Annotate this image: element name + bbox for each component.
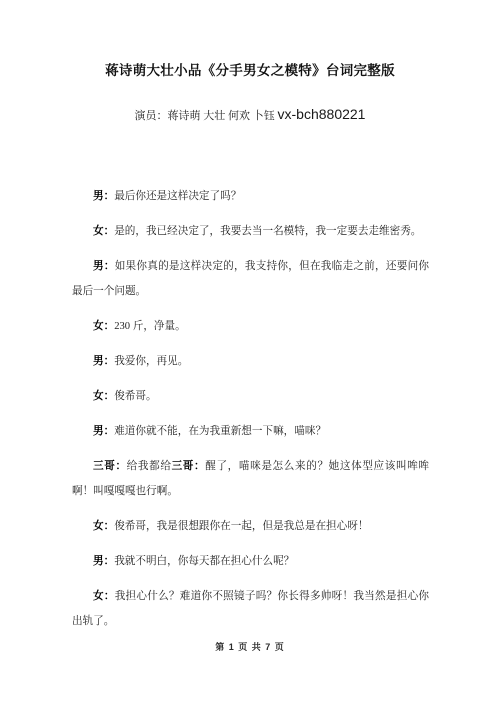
dialogue-text: 如果你真的是这样决定的，我支持你，但在我临走之前，还要问你最后一个问题。: [72, 261, 429, 297]
dialogue-text: 230 斤，净量。: [114, 321, 186, 332]
speaker-label: 女：: [93, 591, 115, 602]
dialogue-paragraph: 女：是的，我已经决定了，我要去当一名模特，我一定要去走维密秀。: [72, 219, 429, 244]
document-page: 蒋诗萌大壮小品《分手男女之模特》台词完整版 演员：蒋诗萌 大壮 何欢 卜钰 vx…: [0, 0, 500, 707]
dialogue-text: 是的，我已经决定了，我要去当一名模特，我一定要去走维密秀。: [114, 226, 421, 237]
speaker-label: 三哥：: [93, 461, 127, 472]
speaker-label: 女：: [93, 521, 114, 532]
dialogue-text: 给我都给: [127, 461, 172, 472]
dialogue-text: 难道你就不能，在为我重新想一下嘛，喵咪？: [114, 426, 326, 437]
speaker-label: 男：: [93, 191, 114, 202]
speaker-label-inline: 三哥：: [172, 461, 206, 472]
dialogue-paragraph: 三哥：给我都给三哥：醒了，喵咪是怎么来的？她这体型应该叫哞哞啊！叫嘎嘎嘎也行啊。: [72, 454, 429, 504]
dialogue-list: 男：最后你还是这样决定了吗？ 女：是的，我已经决定了，我要去当一名模特，我一定要…: [72, 184, 429, 634]
speaker-label: 男：: [93, 426, 114, 437]
speaker-label: 男：: [93, 261, 115, 272]
dialogue-paragraph: 男：如果你真的是这样决定的，我支持你，但在我临走之前，还要问你最后一个问题。: [72, 254, 429, 304]
dialogue-paragraph: 男：我就不明白，你每天都在担心什么呢？: [72, 549, 429, 574]
dialogue-paragraph: 女：230 斤，净量。: [72, 314, 429, 339]
dialogue-text: 俊希哥。: [114, 391, 156, 402]
cast-line: 演员：蒋诗萌 大壮 何欢 卜钰 vx-bch880221: [0, 106, 500, 125]
dialogue-text: 我就不明白，你每天都在担心什么呢？: [114, 556, 294, 567]
speaker-label: 女：: [93, 391, 114, 402]
dialogue-paragraph: 女：我担心什么？难道你不照镜子吗？你长得多帅呀！我当然是担心你出轨了。: [72, 584, 429, 634]
cast-names: 演员：蒋诗萌 大壮 何欢 卜钰: [135, 110, 278, 122]
dialogue-text: 俊希哥，我是很想跟你在一起，但是我总是在担心呀！: [114, 521, 368, 532]
dialogue-text: 我担心什么？难道你不照镜子吗？你长得多帅呀！我当然是担心你出轨了。: [72, 591, 429, 627]
dialogue-paragraph: 男：最后你还是这样决定了吗？: [72, 184, 429, 209]
dialogue-text: 最后你还是这样决定了吗？: [114, 191, 241, 202]
cast-contact-code: vx-bch880221: [278, 106, 366, 122]
speaker-label: 女：: [93, 226, 114, 237]
dialogue-paragraph: 女：俊希哥。: [72, 384, 429, 409]
speaker-label: 女：: [93, 321, 114, 332]
dialogue-text: 我爱你，再见。: [114, 356, 188, 367]
page-number-footer: 第 1 页 共 7 页: [0, 640, 500, 653]
dialogue-paragraph: 女：俊希哥，我是很想跟你在一起，但是我总是在担心呀！: [72, 514, 429, 539]
speaker-label: 男：: [93, 356, 114, 367]
page-title: 蒋诗萌大壮小品《分手男女之模特》台词完整版: [0, 0, 500, 80]
dialogue-paragraph: 男：难道你就不能，在为我重新想一下嘛，喵咪？: [72, 419, 429, 444]
dialogue-paragraph: 男：我爱你，再见。: [72, 349, 429, 374]
speaker-label: 男：: [93, 556, 114, 567]
